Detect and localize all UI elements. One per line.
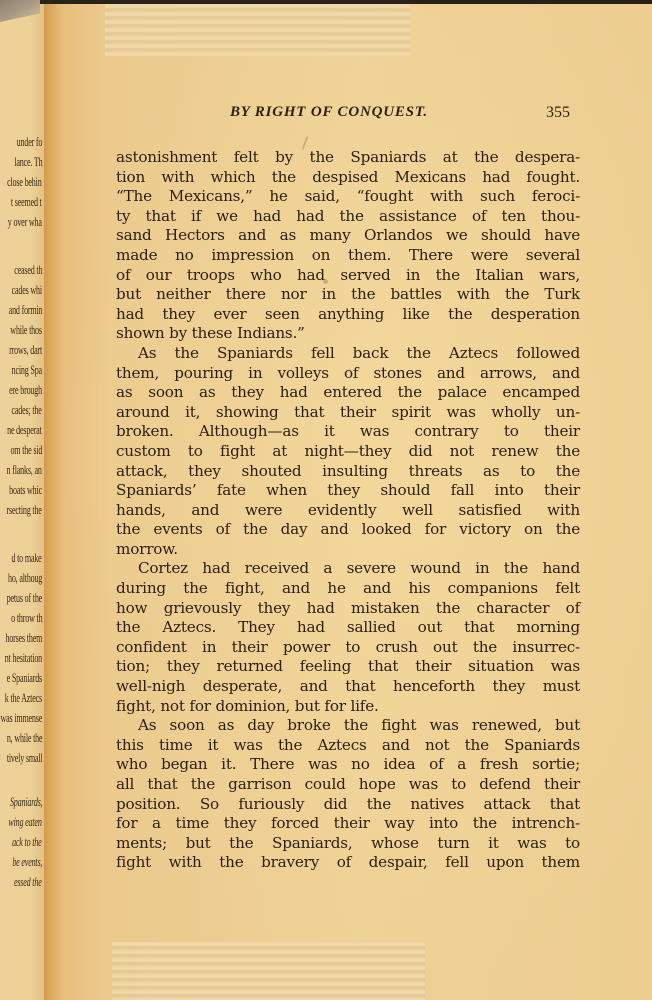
- previous-page-text-fragment: d to make: [12, 550, 42, 566]
- text-line: well-nigh desperate, and that henceforth…: [116, 677, 580, 697]
- previous-page-text-fragment: nt hesitation: [5, 650, 42, 666]
- previous-page-text-fragment: while thos: [10, 322, 42, 338]
- text-line: custom to fight at night—they did not re…: [116, 442, 580, 462]
- text-line: Spaniards’ fate when they should fall in…: [116, 481, 580, 501]
- text-line: as soon as they had entered the palace e…: [116, 383, 580, 403]
- text-line: the events of the day and looked for vic…: [116, 520, 580, 540]
- previous-page-text-fragment: e Spaniards: [7, 670, 42, 686]
- text-line: ty that if we had had the assistance of …: [116, 207, 580, 227]
- text-line: who began it. There was no idea of a fre…: [116, 755, 580, 775]
- text-line: during the fight, and he and his compani…: [116, 579, 580, 599]
- paper-speck: [323, 279, 328, 284]
- previous-page-text-fragment: petus of the: [7, 590, 42, 606]
- previous-page-text-fragment: Spaniards,: [9, 794, 42, 810]
- previous-page-text-fragment: y over wha: [8, 214, 42, 230]
- previous-page-text-fragment: n, while the: [6, 730, 42, 746]
- previous-page-text-fragment: o throw th: [11, 610, 42, 626]
- previous-page-text-fragment: horses them: [5, 630, 42, 646]
- text-line: but neither there nor in the battles wit…: [116, 285, 580, 305]
- text-line: position. So furiously did the natives a…: [116, 795, 580, 815]
- body-text: astonishment felt by the Spaniards at th…: [116, 148, 580, 873]
- previous-page-text-fragment: ne desperat: [8, 422, 42, 438]
- text-line: Cortez had received a severe wound in th…: [116, 559, 580, 579]
- text-line: all that the garrison could hope was to …: [116, 775, 580, 795]
- previous-page-text-fragment: t seemed t: [11, 194, 42, 210]
- previous-page-text-fragment: cades; the: [12, 402, 42, 418]
- previous-page-text-fragment: be events,: [12, 854, 42, 870]
- previous-page-text-fragment: essed the: [14, 874, 42, 890]
- previous-page-edge: under folance. Thclose behint seemed ty …: [0, 0, 44, 1000]
- previous-page-text-fragment: close behin: [8, 174, 42, 190]
- previous-page-text-fragment: and formin: [8, 302, 42, 318]
- text-line: for a time they forced their way into th…: [116, 814, 580, 834]
- scan-artifact-top: [105, 4, 410, 56]
- previous-page-text-fragment: was immense: [0, 710, 42, 726]
- previous-page-text-fragment: ncing Spa: [12, 362, 42, 378]
- text-line: As soon as day broke the fight was renew…: [116, 716, 580, 736]
- text-line: tion; they returned feeling that their s…: [116, 657, 580, 677]
- previous-page-text-fragment: rrows, dart: [9, 342, 42, 358]
- text-line: had they ever seen anything like the des…: [116, 305, 580, 325]
- text-line: them, pouring in volleys of stones and a…: [116, 364, 580, 384]
- top-edge: [0, 0, 652, 4]
- text-line: As the Spaniards fell back the Aztecs fo…: [116, 344, 580, 364]
- previous-page-text-fragment: k the Aztecs: [5, 690, 42, 706]
- previous-page-text-fragment: cades whi: [12, 282, 42, 298]
- previous-page-text-fragment: under fo: [16, 134, 42, 150]
- text-line: attack, they shouted insulting threats a…: [116, 462, 580, 482]
- previous-page-text-fragment: lance. Th: [14, 154, 42, 170]
- previous-page-text-fragment: wing eaten: [9, 814, 42, 830]
- book-gutter: [44, 0, 62, 1000]
- text-line: the Aztecs. They had sallied out that mo…: [116, 618, 580, 638]
- text-line: ments; but the Spaniards, whose turn it …: [116, 834, 580, 854]
- text-line: morrow.: [116, 540, 580, 560]
- text-line: fight, not for dominion, but for life.: [116, 697, 580, 717]
- page-number: 355: [546, 104, 570, 122]
- previous-page-text-fragment: ere brough: [9, 382, 42, 398]
- previous-page-text-fragment: rsecting the: [7, 502, 42, 518]
- previous-page-text-fragment: om the sid: [10, 442, 42, 458]
- text-line: confident in their power to crush out th…: [116, 638, 580, 658]
- running-title: BY RIGHT OF CONQUEST.: [230, 104, 428, 121]
- previous-page-text-fragment: ceased th: [14, 262, 42, 278]
- previous-page-text-fragment: tively small: [6, 750, 42, 766]
- text-line: hands, and were evidently well satisfied…: [116, 501, 580, 521]
- text-line: fight with the bravery of despair, fell …: [116, 853, 580, 873]
- text-line: this time it was the Aztecs and not the …: [116, 736, 580, 756]
- text-line: astonishment felt by the Spaniards at th…: [116, 148, 580, 168]
- text-line: sand Hectors and as many Orlandos we sho…: [116, 226, 580, 246]
- text-line: tion with which the despised Mexicans ha…: [116, 168, 580, 188]
- text-line: broken. Although—as it was contrary to t…: [116, 422, 580, 442]
- text-line: how grievously they had mistaken the cha…: [116, 599, 580, 619]
- text-line: shown by these Indians.”: [116, 324, 580, 344]
- previous-page-text-fragment: ack to the: [13, 834, 42, 850]
- text-line: of our troops who had served in the Ital…: [116, 266, 580, 286]
- paper-speck: [362, 470, 365, 473]
- scan-artifact-bottom: [112, 942, 425, 1000]
- text-line: around it, showing that their spirit was…: [116, 403, 580, 423]
- text-line: made no impression on them. There were s…: [116, 246, 580, 266]
- book-page: BY RIGHT OF CONQUEST. 355 astonishment f…: [62, 0, 652, 1000]
- previous-page-text-fragment: ho, althoug: [8, 570, 42, 586]
- text-line: “The Mexicans,” he said, “fought with su…: [116, 187, 580, 207]
- previous-page-text-fragment: boats whic: [9, 482, 42, 498]
- previous-page-text-fragment: n flanks, an: [7, 462, 42, 478]
